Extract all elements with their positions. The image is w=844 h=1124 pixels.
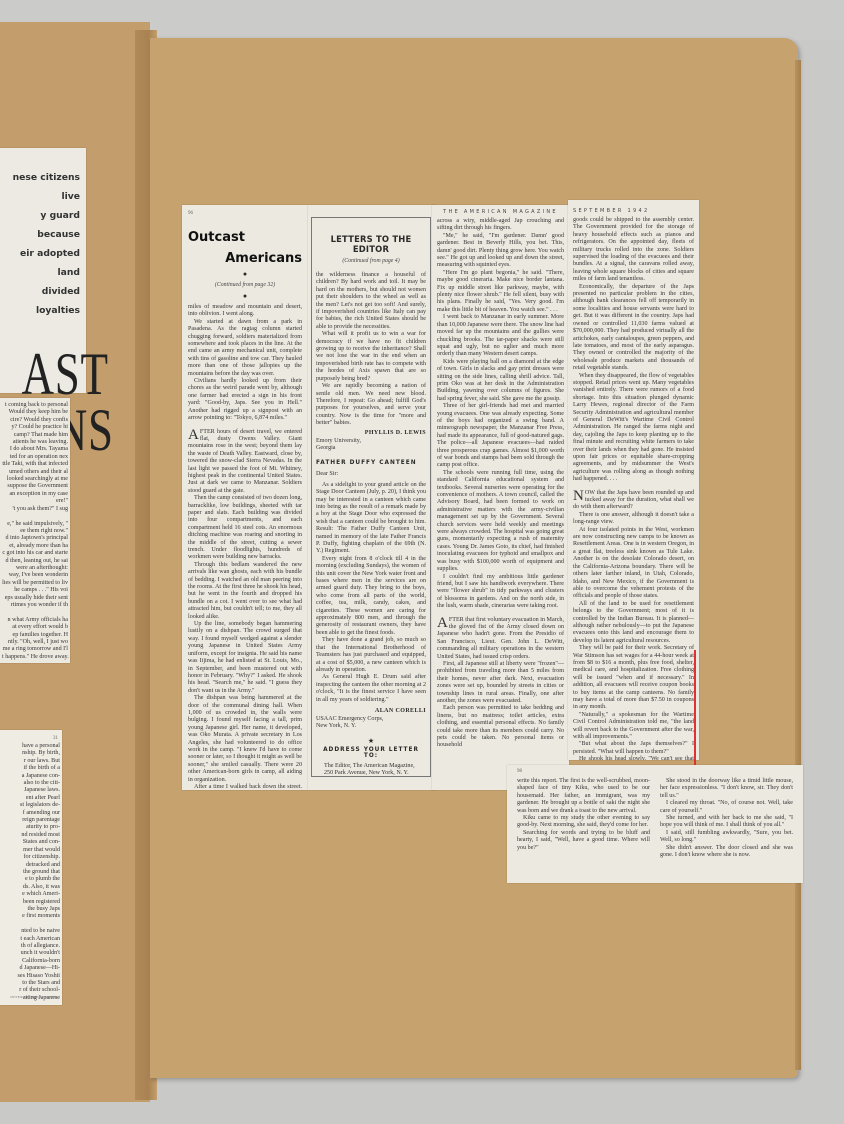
drop-cap: A [188,429,199,442]
photo-credit: INTERNATIONAL NEWS [10,995,58,999]
page-number: 31 [0,730,62,743]
paragraph: Civilians hardly looked up from their ch… [188,378,302,422]
text-line: reign parentage [2,817,60,824]
text-line: 't you ask them?" I sug [2,506,68,513]
paragraph: After a time I walked back down the stre… [188,784,302,790]
paragraph: Three of her girl-friends had met and ma… [437,403,564,470]
paragraph: The schools were running full time, usin… [437,470,564,574]
paragraph: "Naturally," a spokesman for the Wartime… [573,712,694,742]
text-line: aturity to pro- [2,824,60,831]
drop-cap: N [573,490,584,503]
text-line: t coming back to personal [2,402,68,409]
bottom-column-2: She stood in the doorway like a timid li… [660,778,793,859]
paragraph: As General Hugh E. Drum said after inspe… [316,674,426,704]
paragraph: Kiku came to my study the other evening … [517,815,650,830]
paragraph: I went back to Manzanar in early summer.… [437,314,564,358]
text-line: d Japanese—Hi- [2,965,60,972]
text-line: me a ring tomorrow and I'l [2,646,68,653]
article-bottom-clipping: 98 write this report. The first is the w… [507,765,803,883]
text-line: detracked and [2,862,60,869]
page-number: 98 [517,769,793,774]
letter-2-heading: FATHER DUFFY CANTEEN [316,460,426,466]
letter-2-body: As a sidelight to your grand article on … [316,482,426,704]
text-line: d into Japtown's principal [2,535,68,542]
paragraph: She didn't answer. The door closed and s… [660,845,793,860]
column-3-section: A FTER that first voluntary evacuation i… [437,617,564,750]
article-column-4: SEPTEMBER 1942 goods could be shipped to… [568,200,699,760]
text-line: ntly. "Oh, well, I just wo [2,639,68,646]
bullet-ornament: ● [188,292,302,300]
paragraph: FTER that first voluntary evacuation in … [437,617,564,661]
text-line: rtimes you wonder if th [2,602,68,609]
continued-note: (Continued from page 32) [188,282,302,288]
text-line: mer that would [2,847,60,854]
paragraph: First, all Japanese still at liberty wer… [437,661,564,705]
text-line [2,921,60,928]
paragraph: Each person was permitted to take beddin… [437,705,564,749]
paragraph: "Here I'm go plant begonia," he said. "T… [437,270,564,314]
deck-line: y guard because [0,206,80,244]
text-line: suppose the Government [2,483,68,490]
running-head: THE AMERICAN MAGAZINE [437,209,564,215]
red-margin-mark [694,650,696,765]
letter-1-address: Emory University, Georgia [316,438,426,453]
paragraph: I said, still fumbling awkwardly, "Sure,… [660,830,793,845]
paragraph: She stood in the doorway like a timid li… [660,778,793,800]
paragraph: They have done a grand job, so much so t… [316,637,426,674]
address-heading: ADDRESS YOUR LETTER TO: [316,747,426,759]
paragraph: As a sidelight to your grand article on … [316,482,426,556]
article-outcast-americans: 96 Outcast Americans ● (Continued from p… [182,205,308,790]
paragraph: There is one answer, although it doesn't… [573,512,694,527]
paragraph: Kids were playing ball on a diamond at t… [437,359,564,403]
text-line: if the birth of a [2,765,60,772]
left-text-clipping: t coming back to personalWould they keep… [0,398,70,663]
text-line: st legislators de- [2,802,60,809]
letter-1-body: the wilderness finance a houseful of chi… [316,272,426,428]
headline-line: AST [22,346,87,402]
letters-box: LETTERS TO THE EDITOR (Continued from pa… [311,217,431,777]
text-line: t each American [2,936,60,943]
letter-1-signature: PHYLLIS D. LEWIS [316,430,426,436]
paragraph: We started at dawn from a park in Pasade… [188,319,302,378]
text-line: California-born [2,958,60,965]
text-line: e first moments [2,913,60,920]
text-line: for citizenship. [2,854,60,861]
deck-line: eir adopted land [0,244,80,282]
column-3-body: across a wiry, middle-aged Jap crouching… [437,218,564,611]
text-line: cire? Would they confis [2,417,68,424]
column-4-section: N OW that the Japs have been rounded up … [573,490,694,760]
text-line: et, already more than ha [2,543,68,550]
deck-line: nese citizens live [0,168,80,206]
continued-note: (Continued from page 4) [316,258,426,264]
text-line: nship. By birth, [2,750,60,757]
text-line: ds. Also, it was [2,884,60,891]
left-text-block: t coming back to personalWould they keep… [0,398,70,665]
text-line: lies will be permitted to liv [2,580,68,587]
paragraph: write this report. The first is the well… [517,778,650,815]
paragraph: What will it profit us to win a war for … [316,331,426,383]
address-text: The Editor, The American Magazine, 250 P… [316,763,426,778]
column-4-body: goods could be shipped to the assembly c… [573,217,694,484]
paragraph: "Me," he said, "I'm gardener. Damn' good… [437,233,564,270]
text-line: at every effort would b [2,624,68,631]
text-line: been registered [2,899,60,906]
text-line: nd resided most [2,832,60,839]
text-line: were an afterthought: [2,565,68,572]
paragraph: When they disappeared, the flow of veget… [573,373,694,484]
bottom-column-1: write this report. The first is the well… [517,778,650,859]
text-line: I do about Mrs. Tayama [2,446,68,453]
text-line: States and con- [2,839,60,846]
paragraph: OW that the Japs have been rounded up an… [573,490,694,512]
text-line: also to the citi- [2,780,60,787]
text-line: Japanese laws. [2,787,60,794]
text-line: have a personal [2,743,60,750]
paragraph: Searching for words and trying to be blu… [517,830,650,852]
text-line: an exception in my case [2,491,68,498]
paragraph: Then the camp consisted of two dozen lon… [188,495,302,562]
paragraph: Up the line, somebody began hammering lu… [188,621,302,695]
article-column-3: THE AMERICAN MAGAZINE across a wiry, mid… [432,205,569,790]
paragraph: the wilderness finance a houseful of chi… [316,272,426,331]
headline-deck: nese citizens live y guard because eir a… [0,148,86,320]
letter-2-salutation: Dear Sir: [316,471,426,478]
paragraph: The dishpan was being hammered at the do… [188,695,302,784]
text-line: he camps . . ." His voi [2,587,68,594]
paragraph: Economically, the departure of the Japs … [573,284,694,373]
text-line: ere!" [2,498,68,505]
text-line: ses Hisaso Yoshii [2,973,60,980]
text-line [2,609,68,616]
text-line: way, I've been wonderin [2,572,68,579]
text-line: t happens." He drove away. [2,654,68,661]
paragraph: I cleared my throat. "No, of course not.… [660,800,793,815]
paragraph: He shook his head slowly. "We can't see … [573,756,694,760]
paragraph: across a wiry, middle-aged Jap crouching… [437,218,564,233]
text-line: unch it wouldn't [2,950,60,957]
text-line: r of their school- [2,987,60,994]
drop-cap: A [437,617,448,630]
paragraph: At four isolated points in the West, wor… [573,527,694,601]
text-line: ep families together. H [2,632,68,639]
paragraph: I couldn't find my ambitious little gard… [437,574,564,611]
album-page-edge [795,60,801,1070]
article-body: miles of meadow and mountain and desert,… [188,304,302,423]
text-line: d then, leaning out, he sai [2,558,68,565]
paragraph: goods could be shipped to the assembly c… [573,217,694,284]
paragraph: Through this bedlam wandered the new arr… [188,562,302,621]
text-line: Would they keep him be [2,409,68,416]
text-line: e to plumb the [2,876,60,883]
article-section-2: A FTER hours of desert travel, we entere… [188,429,302,791]
paragraph: Every night from 8 o'clock till 4 in the… [316,556,426,637]
text-line: ent after Pearl [2,795,60,802]
text-line: ttle Taki, with that infected [2,461,68,468]
paragraph: We are rapidly becoming a nation of seni… [316,383,426,427]
text-line: nted to be naive [2,928,60,935]
paragraph: FTER hours of desert travel, we entered … [188,429,302,496]
star-icon: ★ [316,737,426,745]
text-line: th of allegiance. [2,943,60,950]
text-line: eps usually hide their sent [2,595,68,602]
left-text-clipping-2: 31 have a personalnship. By birth,r our … [0,730,62,1005]
left-headline-clipping: nese citizens live y guard because eir a… [0,148,86,393]
bullet-ornament: ● [188,270,302,278]
deck-line: divided loyalties [0,282,80,320]
article-title-line2: Americans [188,251,302,266]
text-line: camp? That made him [2,432,68,439]
letter-2-address: USAAC Emergency Corps, New York, N. Y. [316,716,426,731]
text-line: e," he said impulsively, " [2,521,68,528]
running-head: SEPTEMBER 1942 [573,208,694,214]
text-line: atients he was leaving. [2,439,68,446]
text-line: a Japanese con- [2,773,60,780]
paragraph: They will be paid for their work. Secret… [573,645,694,712]
text-line: umed others and their al [2,469,68,476]
letter-2-signature: ALAN CORELLI [316,708,426,714]
letters-to-editor-clipping: LETTERS TO THE EDITOR (Continued from pa… [308,205,436,790]
text-line: the ground that [2,869,60,876]
text-line: e which Ameri- [2,891,60,898]
text-line: looked searchingly at me [2,476,68,483]
paragraph: "But what about the Japs themselves?" I … [573,741,694,756]
text-line: y? Could he practice hi [2,424,68,431]
text-line [2,513,68,520]
text-line: ee them right now." [2,528,68,535]
paragraph: miles of meadow and mountain and desert,… [188,304,302,319]
text-line: c got into his car and starte [2,550,68,557]
letters-heading: LETTERS TO THE EDITOR [316,234,426,254]
text-line: f amending our [2,810,60,817]
paragraph: She turned, and with her back to me she … [660,815,793,830]
left-text-block-2: have a personalnship. By birth,r our law… [0,743,62,1002]
page-number: 96 [188,211,302,216]
paragraph: All of the land to be used for resettlem… [573,601,694,645]
article-title-line1: Outcast [188,230,302,245]
